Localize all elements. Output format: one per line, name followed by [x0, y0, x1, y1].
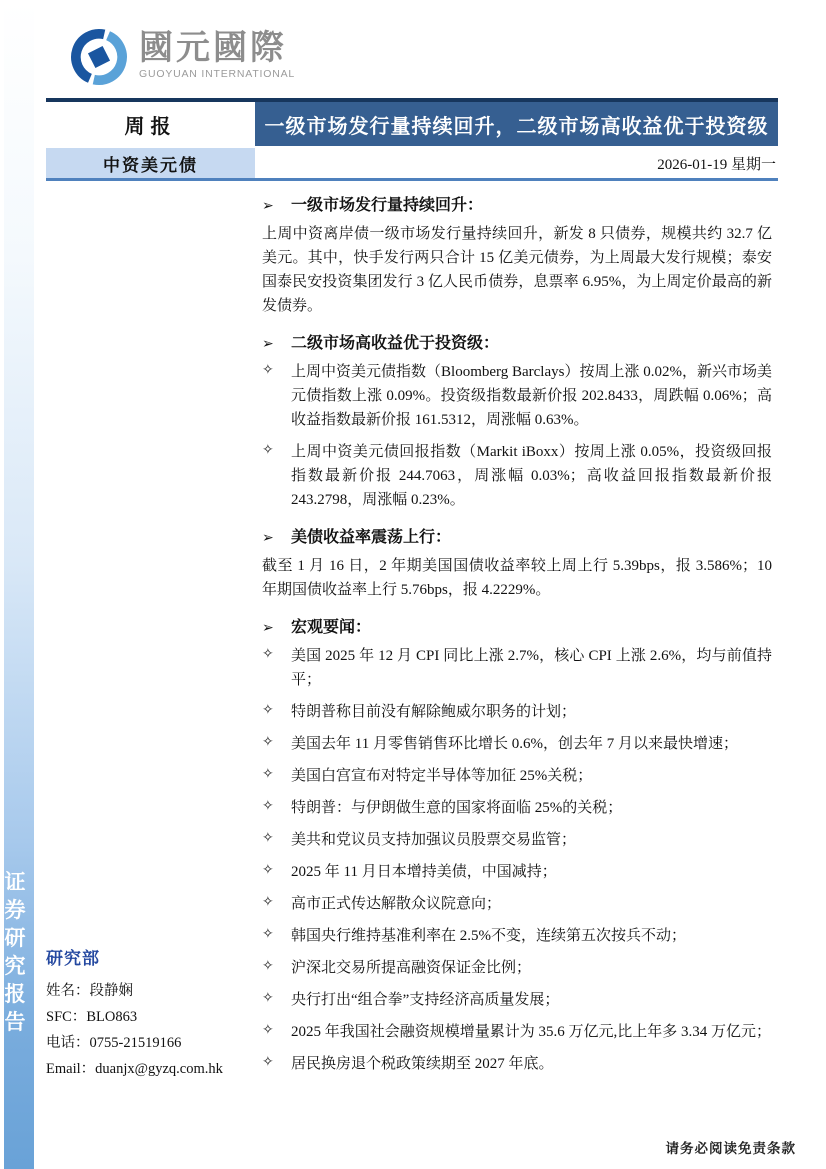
section-heading: 宏观要闻： — [291, 614, 371, 637]
category-cell: 中资美元债 — [46, 148, 255, 178]
diamond-bullet-icon: ✧ — [262, 1020, 291, 1044]
sidebar-vertical-char: 告 — [5, 1012, 26, 1033]
bullet-item-text: 韩国央行维持基准利率在 2.5%不变，连续第五次按兵不动； — [291, 924, 772, 948]
report-header: 周报 一级市场发行量持续回升，二级市场高收益优于投资级 中资美元债 2026-0… — [46, 98, 778, 181]
logo-mark-icon — [70, 28, 128, 91]
bullet-item-text: 美国白宫宣布对特定半导体等加征 25%关税； — [291, 764, 772, 788]
section-paragraph: 截至 1 月 16 日，2 年期美国国债收益率较上周上行 5.39bps，报 3… — [262, 554, 772, 602]
contact-label: 电话： — [46, 1035, 90, 1051]
logo-name-en: GUOYUAN INTERNATIONAL — [139, 68, 295, 80]
bullet-item: ✧2025 年 11 月日本增持美债，中国减持； — [262, 860, 772, 884]
contact-row: 姓名：段静娴 — [46, 978, 256, 1004]
footer-disclaimer: 请务必阅读免责条款 — [666, 1137, 797, 1157]
bullet-item: ✧韩国央行维持基准利率在 2.5%不变，连续第五次按兵不动； — [262, 924, 772, 948]
contact-row: 电话：0755-21519166 — [46, 1030, 256, 1056]
bullet-item-text: 2025 年我国社会融资规模增量累计为 35.6 万亿元,比上年多 3.34 万… — [291, 1020, 772, 1044]
contact-value: 0755-21519166 — [90, 1035, 182, 1051]
diamond-bullet-icon: ✧ — [262, 764, 291, 788]
contact-label: 姓名： — [46, 983, 90, 999]
diamond-bullet-icon: ✧ — [262, 956, 291, 980]
diamond-bullet-icon: ✧ — [262, 360, 291, 432]
bullet-item: ✧沪深北交易所提高融资保证金比例； — [262, 956, 772, 980]
bullet-item: ✧2025 年我国社会融资规模增量累计为 35.6 万亿元,比上年多 3.34 … — [262, 1020, 772, 1044]
section: ➢一级市场发行量持续回升：上周中资离岸债一级市场发行量持续回升，新发 8 只债券… — [262, 192, 772, 318]
bullet-item-text: 上周中资美元债指数（Bloomberg Barclays）按周上涨 0.02%，… — [291, 360, 772, 432]
bullet-item-text: 央行打出“组合拳”支持经济高质量发展； — [291, 988, 772, 1012]
bullet-item: ✧居民换房退个税政策续期至 2027 年底。 — [262, 1052, 772, 1076]
report-date: 2026-01-19 星期一 — [255, 148, 778, 178]
diamond-bullet-icon: ✧ — [262, 700, 291, 724]
bullet-item: ✧特朗普：与伊朗做生意的国家将面临 25%的关税； — [262, 796, 772, 820]
diamond-bullet-icon: ✧ — [262, 860, 291, 884]
section-heading: 二级市场高收益优于投资级： — [291, 330, 499, 353]
bullet-item: ✧高市正式传达解散众议院意向； — [262, 892, 772, 916]
contact-value: duanjx@gyzq.com.hk — [95, 1061, 223, 1077]
bullet-item-text: 上周中资美元债回报指数（Markit iBoxx）按周上涨 0.05%，投资级回… — [291, 440, 772, 512]
contact-value: BLO863 — [86, 1009, 137, 1025]
contact-row: Email：duanjx@gyzq.com.hk — [46, 1056, 256, 1082]
section: ➢二级市场高收益优于投资级：✧上周中资美元债指数（Bloomberg Barcl… — [262, 330, 772, 512]
contact-value: 段静娴 — [90, 983, 134, 999]
contact-rows: 姓名：段静娴SFC：BLO863电话：0755-21519166Email：du… — [46, 978, 256, 1082]
bullet-item-text: 高市正式传达解散众议院意向； — [291, 892, 772, 916]
sidebar-vertical-char: 证 — [5, 872, 26, 893]
research-dept-block: 研究部 姓名：段静娴SFC：BLO863电话：0755-21519166Emai… — [46, 944, 256, 1082]
contact-row: SFC：BLO863 — [46, 1004, 256, 1030]
sidebar-vertical-label: 证券研究报告 — [0, 872, 30, 1033]
bullet-item: ✧美国白宫宣布对特定半导体等加征 25%关税； — [262, 764, 772, 788]
sidebar-vertical-char: 研 — [5, 928, 26, 949]
diamond-bullet-icon: ✧ — [262, 440, 291, 512]
header-row-1: 周报 一级市场发行量持续回升，二级市场高收益优于投资级 — [46, 98, 778, 146]
main-content: ➢一级市场发行量持续回升：上周中资离岸债一级市场发行量持续回升，新发 8 只债券… — [262, 188, 772, 1084]
section-heading-row: ➢美债收益率震荡上行： — [262, 524, 772, 547]
diamond-bullet-icon: ✧ — [262, 924, 291, 948]
section-heading-row: ➢一级市场发行量持续回升： — [262, 192, 772, 215]
diamond-bullet-icon: ✧ — [262, 828, 291, 852]
report-title-banner: 一级市场发行量持续回升，二级市场高收益优于投资级 — [255, 102, 778, 146]
arrow-bullet-icon: ➢ — [262, 530, 291, 547]
bullet-item: ✧美国 2025 年 12 月 CPI 同比上涨 2.7%，核心 CPI 上涨 … — [262, 644, 772, 692]
diamond-bullet-icon: ✧ — [262, 796, 291, 820]
arrow-bullet-icon: ➢ — [262, 620, 291, 637]
bullet-item-text: 2025 年 11 月日本增持美债，中国减持； — [291, 860, 772, 884]
sidebar-vertical-char: 券 — [5, 900, 26, 921]
report-type-cell: 周报 — [46, 102, 255, 146]
section-paragraph: 上周中资离岸债一级市场发行量持续回升，新发 8 只债券，规模共约 32.7 亿美… — [262, 222, 772, 318]
bullet-item: ✧美共和党议员支持加强议员股票交易监管； — [262, 828, 772, 852]
section-heading: 一级市场发行量持续回升： — [291, 192, 483, 215]
section-heading: 美债收益率震荡上行： — [291, 524, 451, 547]
header-row-2: 中资美元债 2026-01-19 星期一 — [46, 148, 778, 181]
section-heading-row: ➢二级市场高收益优于投资级： — [262, 330, 772, 353]
section: ➢美债收益率震荡上行：截至 1 月 16 日，2 年期美国国债收益率较上周上行 … — [262, 524, 772, 602]
research-dept-title: 研究部 — [46, 944, 256, 969]
bullet-item-text: 沪深北交易所提高融资保证金比例； — [291, 956, 772, 980]
contact-label: SFC： — [46, 1009, 86, 1025]
company-logo: 國元國際 GUOYUAN INTERNATIONAL — [70, 28, 295, 91]
diamond-bullet-icon: ✧ — [262, 732, 291, 756]
diamond-bullet-icon: ✧ — [262, 644, 291, 692]
bullet-item: ✧上周中资美元债回报指数（Markit iBoxx）按周上涨 0.05%，投资级… — [262, 440, 772, 512]
bullet-item-text: 特朗普称目前没有解除鲍威尔职务的计划； — [291, 700, 772, 724]
sidebar-vertical-char: 究 — [5, 956, 26, 977]
arrow-bullet-icon: ➢ — [262, 198, 291, 215]
arrow-bullet-icon: ➢ — [262, 336, 291, 353]
bullet-item: ✧上周中资美元债指数（Bloomberg Barclays）按周上涨 0.02%… — [262, 360, 772, 432]
bullet-item: ✧美国去年 11 月零售销售环比增长 0.6%，创去年 7 月以来最快增速； — [262, 732, 772, 756]
diamond-bullet-icon: ✧ — [262, 892, 291, 916]
diamond-bullet-icon: ✧ — [262, 988, 291, 1012]
diamond-bullet-icon: ✧ — [262, 1052, 291, 1076]
section-heading-row: ➢宏观要闻： — [262, 614, 772, 637]
bullet-item-text: 美共和党议员支持加强议员股票交易监管； — [291, 828, 772, 852]
section: ➢宏观要闻：✧美国 2025 年 12 月 CPI 同比上涨 2.7%，核心 C… — [262, 614, 772, 1076]
bullet-item: ✧央行打出“组合拳”支持经济高质量发展； — [262, 988, 772, 1012]
bullet-item-text: 美国 2025 年 12 月 CPI 同比上涨 2.7%，核心 CPI 上涨 2… — [291, 644, 772, 692]
contact-label: Email： — [46, 1061, 95, 1077]
bullet-item-text: 美国去年 11 月零售销售环比增长 0.6%，创去年 7 月以来最快增速； — [291, 732, 772, 756]
logo-name-cn: 國元國際 — [139, 30, 295, 68]
bullet-item-text: 特朗普：与伊朗做生意的国家将面临 25%的关税； — [291, 796, 772, 820]
sidebar-vertical-char: 报 — [5, 984, 26, 1005]
bullet-item-text: 居民换房退个税政策续期至 2027 年底。 — [291, 1052, 772, 1076]
bullet-item: ✧特朗普称目前没有解除鲍威尔职务的计划； — [262, 700, 772, 724]
page: { "colors":{ "navy_border":"#17365d", "t… — [0, 0, 826, 1169]
